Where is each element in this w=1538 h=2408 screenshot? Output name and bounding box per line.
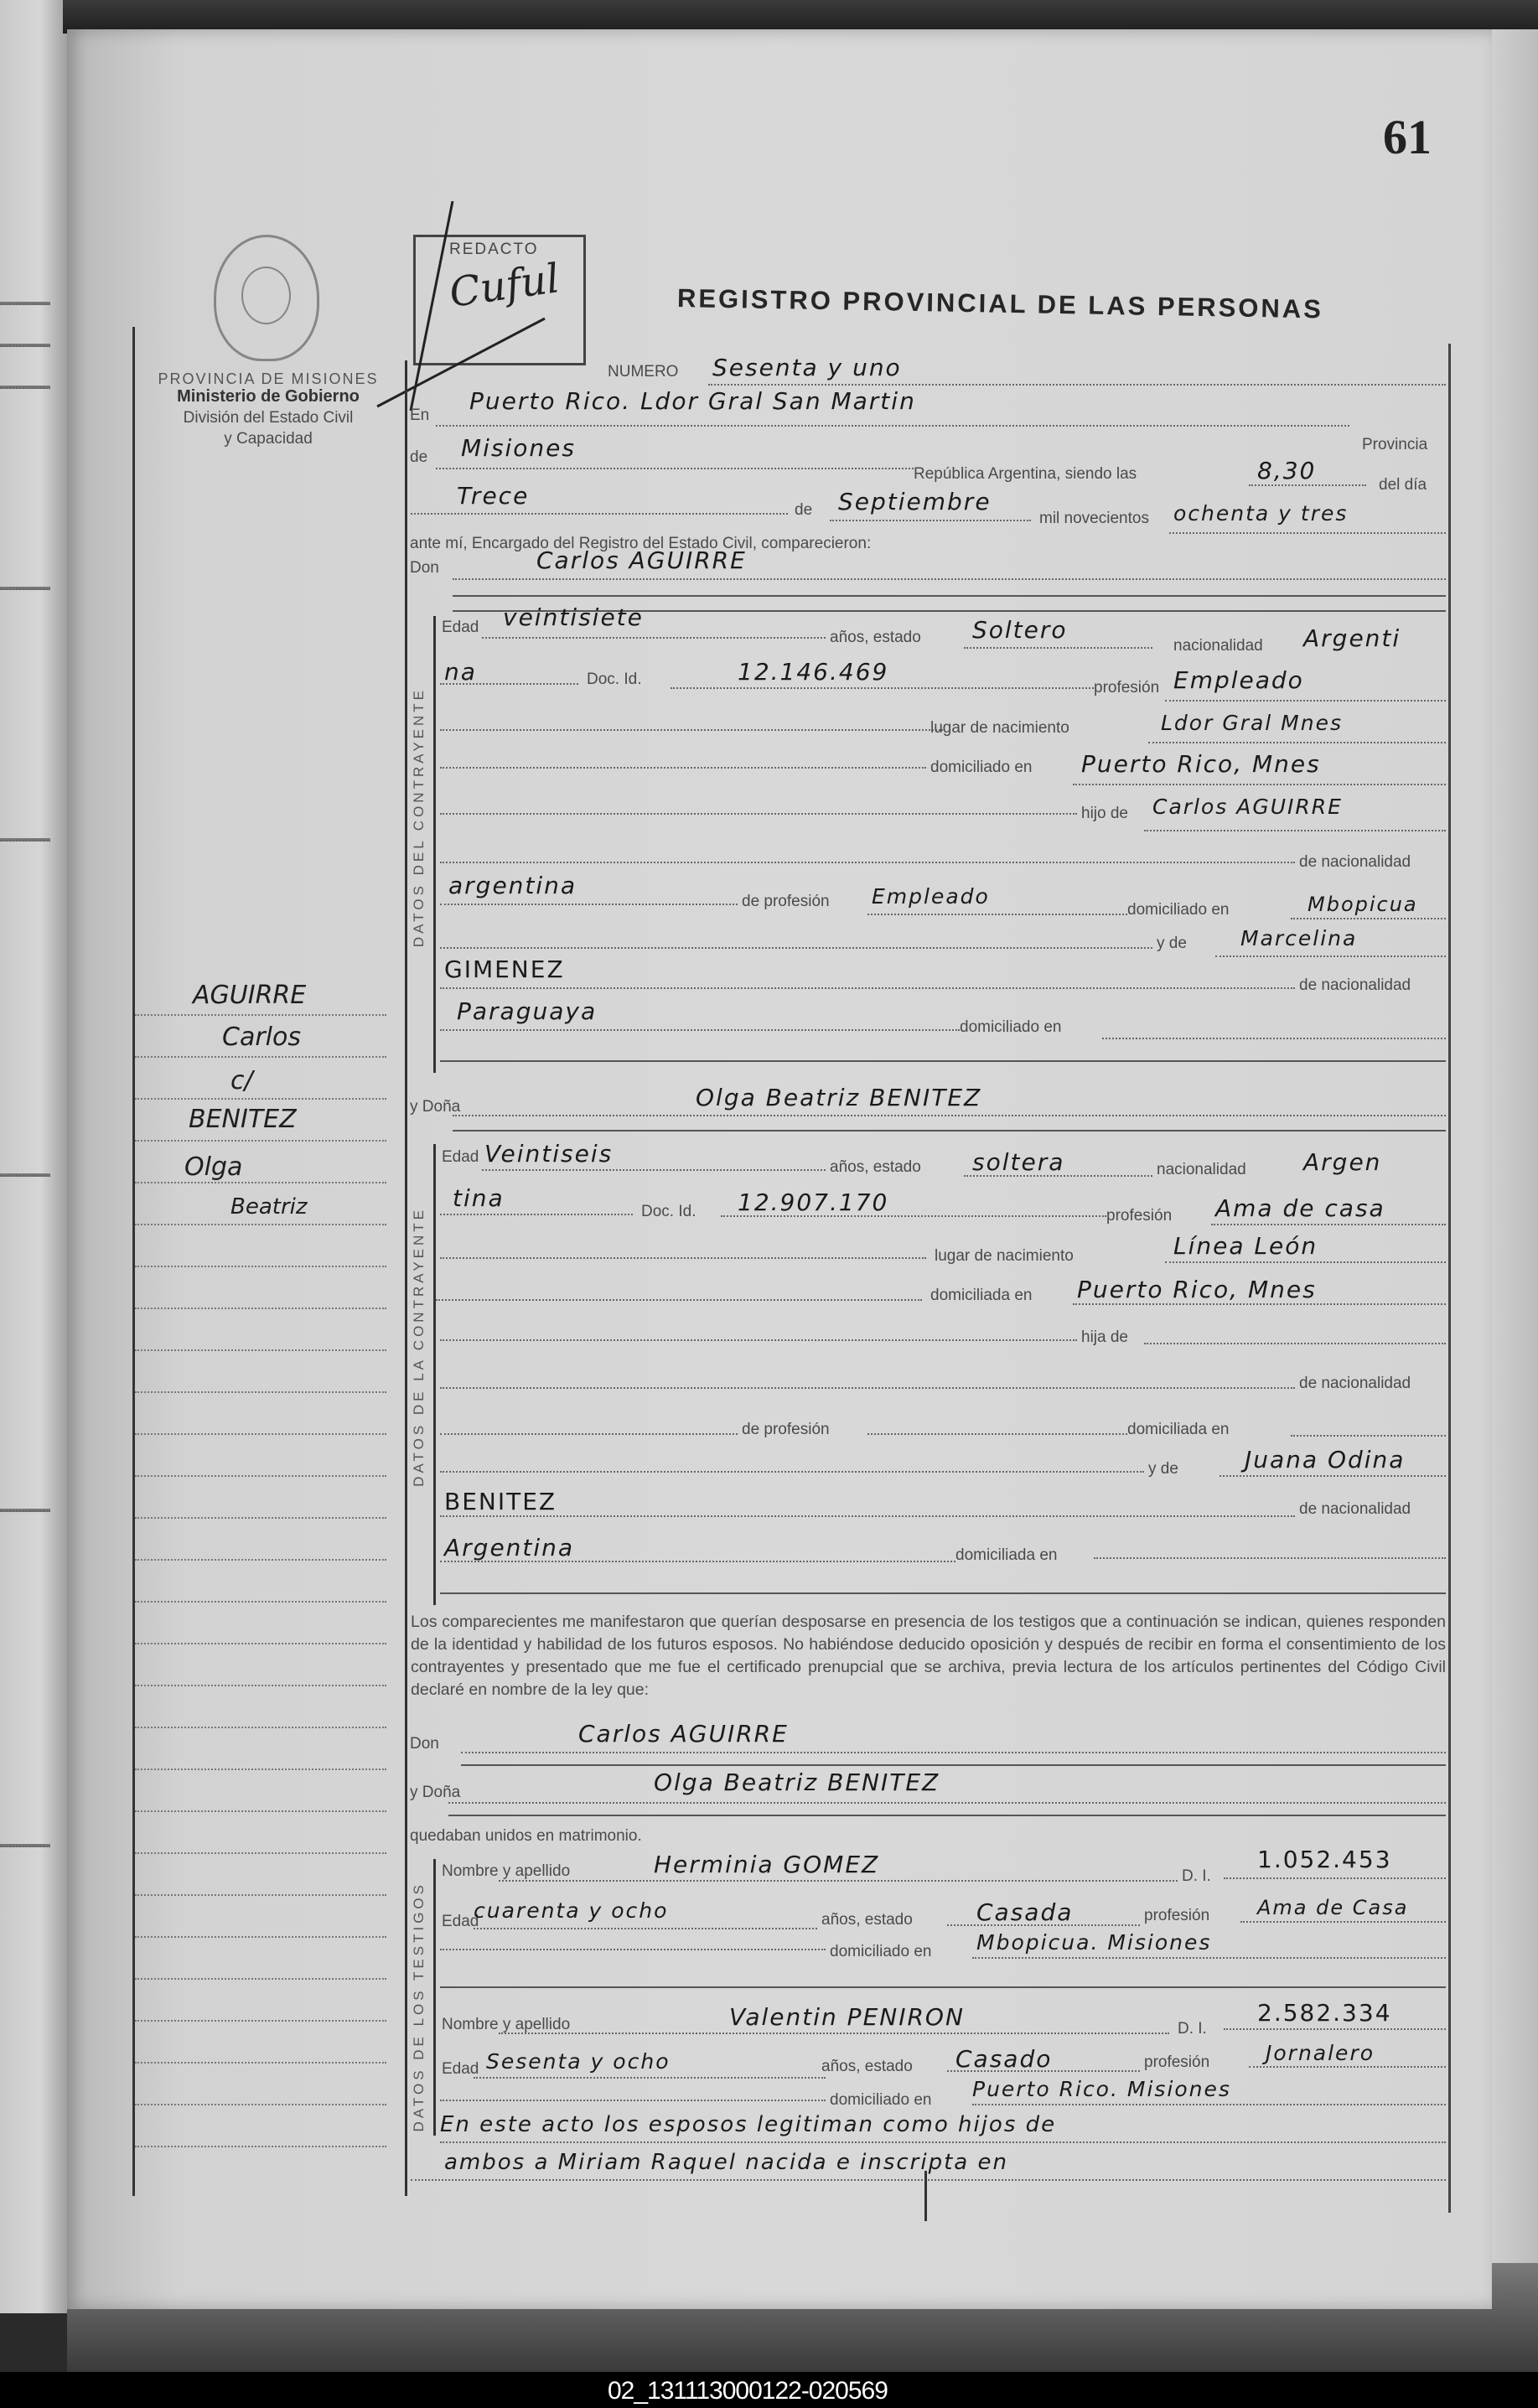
padre-prof-rule xyxy=(867,914,1127,915)
testigo-nombre-rule xyxy=(499,2033,1169,2034)
madre-nac-label: de nacionalidad xyxy=(1299,1500,1411,1519)
section-divider xyxy=(440,1060,1446,1062)
madre-rule xyxy=(1215,955,1446,957)
en-rule xyxy=(436,425,1349,427)
testigos-bracket xyxy=(433,1859,436,2136)
profesion-label: profesión xyxy=(1094,679,1159,697)
margin-rule xyxy=(135,1308,386,1309)
hora-value: 8,30 xyxy=(1257,457,1316,484)
testigo-di-rule xyxy=(1224,2028,1446,2030)
hora-rule xyxy=(1249,484,1366,486)
dona-rule xyxy=(453,1115,1446,1116)
padre-dom-value: Mbopicua xyxy=(1308,893,1418,916)
testigo-profesion-rule xyxy=(1240,1921,1446,1923)
testigos-section-label: DATOS DE LOS TESTIGOS xyxy=(411,1882,427,2131)
padre-dom-label: domiciliado en xyxy=(1127,901,1229,919)
annotation-rule xyxy=(411,2179,1446,2181)
testigo-di-rule xyxy=(1224,1877,1446,1879)
page-number: 61 xyxy=(1383,109,1432,165)
testigo-edad-label: Edad xyxy=(442,2060,479,2079)
margin-rule xyxy=(135,1517,386,1519)
testigo-divider xyxy=(440,1986,1446,1988)
padre-nac-label: de nacionalidad xyxy=(1299,1375,1411,1393)
margin-note-name: Carlos xyxy=(222,1023,301,1052)
doc-label: Doc. Id. xyxy=(641,1203,696,1221)
padre-value: Carlos AGUIRRE xyxy=(1152,795,1343,819)
madre-apellido: GIMENEZ xyxy=(444,955,565,983)
de-label: de xyxy=(410,448,427,467)
section-divider xyxy=(440,1592,1446,1594)
margin-rule xyxy=(135,1768,386,1770)
doc-label: Doc. Id. xyxy=(587,671,641,689)
margin-rule xyxy=(135,2146,386,2147)
margin-note-surname: AGUIRRE xyxy=(193,981,306,1010)
madre-dom-rule xyxy=(1094,1557,1446,1559)
testigo-profesion-label: profesión xyxy=(1144,1907,1209,1925)
margin-rule xyxy=(135,1014,386,1016)
testigo-di-label: D. I. xyxy=(1178,2020,1207,2038)
edad-rule xyxy=(482,637,826,639)
left-page-rule xyxy=(0,302,50,305)
edad-label: Edad xyxy=(442,619,479,637)
nac-cont-rule xyxy=(440,683,578,685)
dona-label: y Doña xyxy=(410,1098,460,1116)
en-value: Puerto Rico. Ldor Gral San Martin xyxy=(469,387,916,415)
anios-estado-label: años, estado xyxy=(830,629,921,647)
madre-apellido-rule xyxy=(440,987,1295,989)
padre-prof-label: de profesión xyxy=(742,1421,830,1439)
testigo-di-value: 2.582.334 xyxy=(1257,1999,1392,2027)
mes-value: Septiembre xyxy=(838,488,992,515)
domicilio-value: Puerto Rico, Mnes xyxy=(1081,750,1321,778)
del-dia-label: del día xyxy=(1379,476,1427,495)
margin-rule xyxy=(135,1098,386,1100)
margin-rule xyxy=(135,1349,386,1351)
decl-don-value: Carlos AGUIRRE xyxy=(578,1720,789,1748)
testigo-estado-value: Casada xyxy=(976,1898,1073,1926)
testigo-domicilio-rule xyxy=(972,1957,1446,1959)
provincia-label: Provincia xyxy=(1362,436,1427,454)
testigo-nombre-label: Nombre y apellido xyxy=(442,1862,570,1881)
margin-rule xyxy=(135,1559,386,1561)
profesion-rule xyxy=(1211,1224,1446,1225)
blank-rule xyxy=(440,1949,826,1950)
margin-rule xyxy=(135,1433,386,1435)
madre-nac-label: de nacionalidad xyxy=(1299,976,1411,995)
padre-prof-label: de profesión xyxy=(742,893,830,911)
blank-rule xyxy=(440,1471,1144,1473)
testigo-edad-rule xyxy=(474,1928,817,1929)
lugar-value: Ldor Gral Mnes xyxy=(1161,711,1343,735)
anio-value: ochenta y tres xyxy=(1173,501,1348,526)
nacionalidad-label: nacionalidad xyxy=(1173,637,1263,655)
margin-rule xyxy=(135,1685,386,1686)
decl-don-label: Don xyxy=(410,1735,439,1753)
madre-dom-rule xyxy=(1102,1038,1446,1039)
y-de-label: y de xyxy=(1157,935,1187,953)
nac-cont-rule xyxy=(440,1214,633,1215)
left-page-rule xyxy=(0,386,50,389)
margin-rule xyxy=(135,1182,386,1183)
madre-value: Juana Odina xyxy=(1245,1446,1405,1473)
declaration-paragraph: Los comparecientes me manifestaron que q… xyxy=(411,1611,1446,1701)
testigo-anios-label: años, estado xyxy=(821,2058,913,2076)
madre-apellido-rule xyxy=(440,1515,1295,1517)
blank-rule xyxy=(440,947,1152,949)
estado-value: Soltero xyxy=(972,616,1068,644)
margin-rule xyxy=(135,1894,386,1896)
hija-de-label: hija de xyxy=(1081,1328,1128,1347)
testigo-estado-rule xyxy=(947,2070,1140,2072)
don-label: Don xyxy=(410,559,439,577)
margin-rule xyxy=(135,1852,386,1854)
don-rule xyxy=(453,578,1446,580)
left-page-rule xyxy=(0,838,50,842)
nacionalidad-label: nacionalidad xyxy=(1157,1161,1246,1179)
madre-rule xyxy=(1220,1475,1446,1477)
testigo-nombre-label: Nombre y apellido xyxy=(442,2016,570,2034)
margin-rule xyxy=(135,2020,386,2022)
domicilio-value: Puerto Rico, Mnes xyxy=(1077,1276,1317,1303)
padre-rule xyxy=(1144,1343,1446,1344)
padre-dom-rule xyxy=(1291,1435,1446,1437)
mil-label: mil novecientos xyxy=(1039,510,1149,528)
margin-rule xyxy=(135,1810,386,1812)
margin-note-name-2: Olga xyxy=(184,1152,242,1182)
nacionalidad-cont: tina xyxy=(453,1184,505,1212)
padre-nac-rule xyxy=(440,904,738,905)
testigo-edad-value: Sesenta y ocho xyxy=(486,2049,671,2074)
margin-rule xyxy=(135,1266,386,1267)
testigo-di-label: D. I. xyxy=(1182,1867,1211,1886)
margin-rule xyxy=(135,2104,386,2105)
hijo-de-label: hijo de xyxy=(1081,805,1128,823)
numero-rule xyxy=(708,384,1446,386)
edad-value: Veintiseis xyxy=(484,1140,613,1168)
doc-value: 12.907.170 xyxy=(738,1188,888,1216)
lugar-label: lugar de nacimiento xyxy=(930,719,1069,738)
testigo-domicilio-label: domiciliado en xyxy=(830,2091,931,2110)
blank-rule xyxy=(440,813,1077,815)
margin-note-with: c/ xyxy=(230,1066,253,1095)
profesion-value: Empleado xyxy=(1173,666,1304,694)
annotation-rule xyxy=(440,2141,1446,2143)
margin-rule xyxy=(135,1978,386,1980)
lugar-rule xyxy=(1165,1261,1446,1263)
doc-value: 12.146.469 xyxy=(738,658,888,686)
anios-estado-label: años, estado xyxy=(830,1158,921,1177)
margin-rule xyxy=(135,1391,386,1393)
book-cover-top xyxy=(63,0,1538,34)
testigo-anios-label: años, estado xyxy=(821,1911,913,1929)
left-page-rule xyxy=(0,1844,50,1847)
madre-nac-rule xyxy=(440,1029,960,1031)
testigo-domicilio-label: domiciliado en xyxy=(830,1943,931,1961)
y-de-label: y de xyxy=(1148,1460,1178,1478)
testigo-profesion-value: Ama de Casa xyxy=(1257,1896,1408,1919)
madre-dom-label: domiciliada en xyxy=(955,1546,1057,1565)
left-page-rule xyxy=(0,1509,50,1512)
annotation-line-1: En este acto los esposos legitiman como … xyxy=(440,2112,1056,2137)
domicilio-label: domiciliado en xyxy=(930,759,1032,777)
margin-note-name-3: Beatriz xyxy=(230,1194,308,1220)
de-value: Misiones xyxy=(461,434,576,462)
lugar-label: lugar de nacimiento xyxy=(935,1247,1074,1266)
testigo-estado-rule xyxy=(947,1924,1140,1926)
profesion-rule xyxy=(1165,700,1446,702)
left-page-rule xyxy=(0,1173,50,1177)
decl-dona-label: y Doña xyxy=(410,1784,460,1802)
decl-don-double-rule xyxy=(461,1764,1446,1766)
testigo-profesion-value: Jornalero xyxy=(1266,2041,1375,2065)
blank-rule xyxy=(440,1257,926,1259)
blank-rule xyxy=(440,729,943,731)
dia-rule xyxy=(411,513,788,515)
margin-rule xyxy=(135,1727,386,1728)
en-label: En xyxy=(410,407,429,425)
margin-rule xyxy=(135,2062,386,2064)
blank-rule xyxy=(440,862,1295,863)
nacionalidad-value: Argen xyxy=(1303,1148,1381,1176)
margin-rule xyxy=(135,1601,386,1603)
padre-dom-rule xyxy=(1291,918,1446,919)
margin-rule xyxy=(135,1140,386,1142)
madre-apellido: BENITEZ xyxy=(444,1488,557,1515)
doc-rule xyxy=(671,687,1094,689)
republica-label: República Argentina, siendo las xyxy=(914,465,1137,484)
testigo-edad-rule xyxy=(474,2077,826,2079)
profesion-value: Ama de casa xyxy=(1215,1194,1385,1222)
testigo-domicilio-value: Puerto Rico. Misiones xyxy=(972,2077,1231,2101)
testigo-nombre-value: Valentin PENIRON xyxy=(729,2003,965,2031)
decl-dona-value: Olga Beatriz BENITEZ xyxy=(654,1768,940,1796)
padre-dom-label: domiciliada en xyxy=(1127,1421,1229,1439)
blank-rule xyxy=(440,1339,1077,1341)
dia-value: Trece xyxy=(457,482,529,510)
dona-double-rule xyxy=(453,1130,1446,1132)
margin-rule xyxy=(135,1475,386,1477)
nacionalidad-cont: na xyxy=(444,658,477,686)
form-right-border xyxy=(1448,344,1451,2213)
estado-value: soltera xyxy=(972,1148,1064,1176)
edad-rule xyxy=(482,1169,826,1171)
madre-nac-value: Paraguaya xyxy=(457,997,597,1025)
padre-prof-rule xyxy=(867,1433,1127,1435)
padre-nac-rule xyxy=(440,1433,738,1435)
blank-rule xyxy=(440,1387,1295,1389)
estado-rule xyxy=(964,1175,1152,1177)
edad-label: Edad xyxy=(442,1148,479,1167)
margin-note-surname-2: BENITEZ xyxy=(189,1105,297,1134)
madre-dom-label: domiciliado en xyxy=(960,1018,1061,1037)
testigo-profesion-rule xyxy=(1249,2066,1446,2068)
testigo-nombre-value: Herminia GOMEZ xyxy=(654,1851,879,1878)
decl-dona-double-rule xyxy=(448,1815,1446,1816)
testigo-profesion-label: profesión xyxy=(1144,2053,1209,2072)
mes-rule xyxy=(830,520,1031,521)
blank-rule xyxy=(436,1299,922,1301)
testigo-estado-value: Casado xyxy=(955,2045,1052,2073)
edad-value: veintisiete xyxy=(503,603,644,631)
contrayente-bracket xyxy=(433,616,436,1073)
de-rule xyxy=(436,468,914,469)
blank-rule xyxy=(440,2100,826,2101)
don-value: Carlos AGUIRRE xyxy=(536,546,747,574)
left-page-rule xyxy=(0,344,50,347)
profesion-label: profesión xyxy=(1106,1207,1172,1225)
madre-nac-rule xyxy=(440,1561,955,1562)
madre-nac-value: Argentina xyxy=(444,1534,574,1561)
contrayenta-section-label: DATOS DE LA CONTRAYENTE xyxy=(411,1207,427,1487)
form-left-border xyxy=(405,360,407,2196)
nacionalidad-value: Argenti xyxy=(1303,624,1401,652)
margin-rule xyxy=(135,1224,386,1225)
madre-value: Marcelina xyxy=(1240,926,1357,950)
margin-rule xyxy=(135,1936,386,1938)
dona-value: Olga Beatriz BENITEZ xyxy=(696,1084,981,1111)
don-double-rule xyxy=(453,595,1446,597)
doc-rule xyxy=(721,1215,1106,1217)
image-identifier: 02_131113000122-020569 xyxy=(608,2377,888,2405)
domicilio-rule xyxy=(1073,784,1446,785)
numero-value: Sesenta y uno xyxy=(712,354,902,381)
annotation-stroke xyxy=(924,2171,927,2221)
margin-rule xyxy=(135,1056,386,1058)
lugar-value: Línea León xyxy=(1173,1232,1318,1260)
adjacent-left-page xyxy=(0,0,67,2313)
domicilio-rule xyxy=(1073,1303,1446,1305)
blank-rule xyxy=(440,767,926,769)
matrimonio-closing: quedaban unidos en matrimonio. xyxy=(410,1827,642,1846)
de-mes-label: de xyxy=(795,501,812,520)
margin-column xyxy=(132,327,395,2196)
anio-rule xyxy=(1169,532,1446,534)
testigo-nombre-rule xyxy=(499,1880,1178,1882)
left-page-rule xyxy=(0,587,50,590)
padre-rule xyxy=(1144,830,1446,831)
testigo-domicilio-rule xyxy=(972,2104,1446,2105)
testigo-domicilio-value: Mbopicua. Misiones xyxy=(976,1930,1211,1955)
testigo-edad-value: cuarenta y ocho xyxy=(474,1898,668,1923)
contrayenta-bracket xyxy=(433,1144,436,1605)
lugar-rule xyxy=(1148,742,1446,743)
page-right-edge xyxy=(1492,29,1538,2309)
decl-dona-rule xyxy=(448,1802,1446,1804)
decl-don-rule xyxy=(461,1752,1446,1753)
margin-rule xyxy=(135,1643,386,1644)
estado-rule xyxy=(964,647,1152,649)
padre-nac-label: de nacionalidad xyxy=(1299,853,1411,872)
contrayente-section-label: DATOS DEL CONTRAYENTE xyxy=(411,687,427,947)
padre-prof-value: Empleado xyxy=(872,884,990,909)
testigo-di-value: 1.052.453 xyxy=(1257,1846,1392,1873)
numero-label: NUMERO xyxy=(608,363,678,381)
padre-nac-value: argentina xyxy=(448,872,577,899)
domicilio-label: domiciliada en xyxy=(930,1287,1032,1305)
